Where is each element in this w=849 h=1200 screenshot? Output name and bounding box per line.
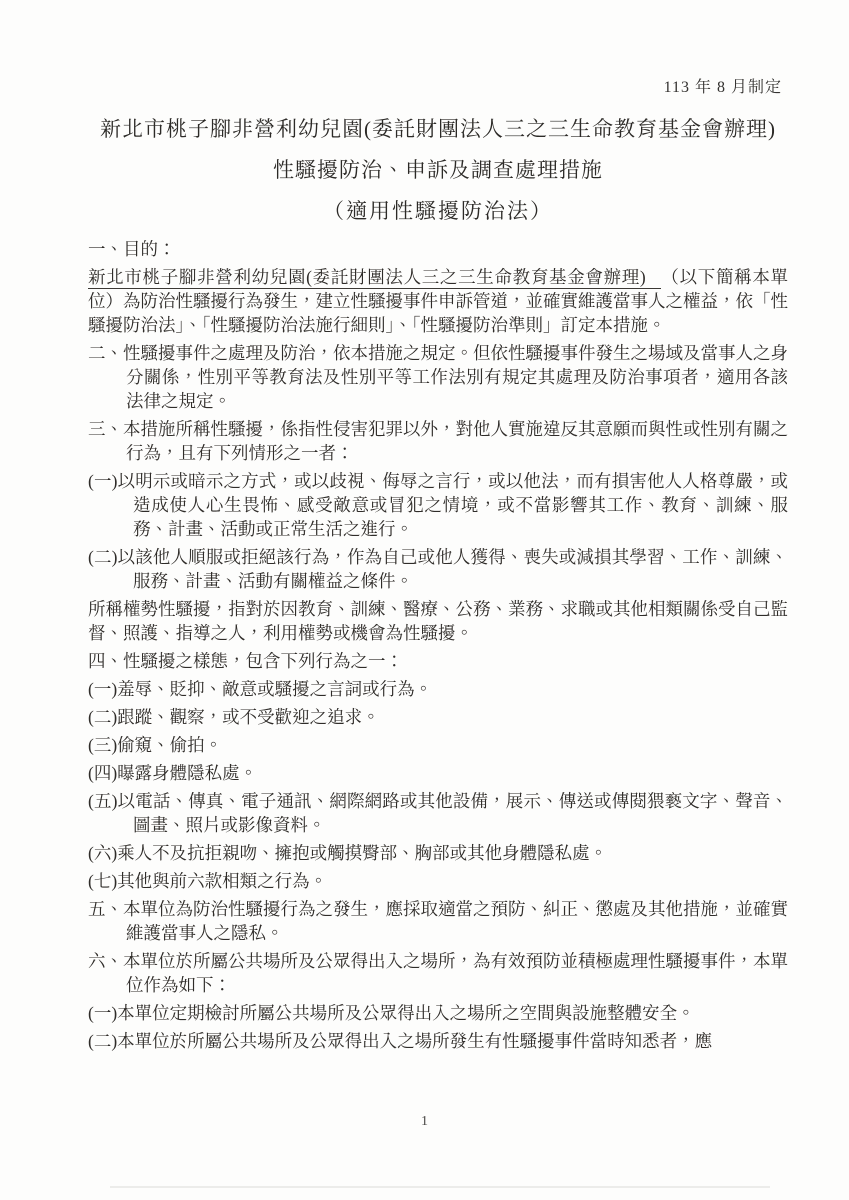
item-number: (三) bbox=[88, 735, 117, 755]
item-number: 一、 bbox=[88, 239, 123, 259]
item-number: (一) bbox=[88, 679, 117, 699]
sec1-purpose-paragraph: 新北市桃子腳非營利幼兒園(委託財團法人三之三生命教育基金會辦理)（以下簡稱本單位… bbox=[88, 265, 788, 337]
sec6-heading: 六、本單位於所屬公共場所及公眾得出入之場所，為有效預防並積極處理性騷擾事件，本單… bbox=[88, 949, 788, 997]
sec2-text: 性騷擾事件之處理及防治，依本措施之規定。但依性騷擾事件發生之場域及當事人之身分關… bbox=[123, 343, 788, 411]
issued-date-note: 113 年 8 月制定 bbox=[88, 74, 782, 97]
sec3-item-1-text: 以明示或暗示之方式，或以歧視、侮辱之言行，或以他法，而有損害他人人格尊嚴，或造成… bbox=[117, 471, 788, 539]
document-content: 113 年 8 月制定 新北市桃子腳非營利幼兒園(委託財團法人三之三生命教育基金… bbox=[88, 0, 788, 1057]
item-number: (四) bbox=[88, 763, 117, 783]
sec4-item-2-text: 跟蹤、觀察，或不受歡迎之追求。 bbox=[117, 707, 380, 727]
sec4-item-4-text: 曝露身體隱私處。 bbox=[117, 763, 257, 783]
sec5-text: 本單位為防治性騷擾行為之發生，應採取適當之預防、糾正、懲處及其他措施，並確實維護… bbox=[123, 899, 788, 943]
sec6-item-2-text: 本單位於所屬公共場所及公眾得出入之場所發生有性騷擾事件當時知悉者，應 bbox=[117, 1031, 712, 1051]
document-page: 113 年 8 月制定 新北市桃子腳非營利幼兒園(委託財團法人三之三生命教育基金… bbox=[0, 0, 849, 1200]
doc-title-main: 性騷擾防治、申訴及調查處理措施 bbox=[88, 154, 788, 184]
sec6-item-2: (二)本單位於所屬公共場所及公眾得出入之場所發生有性騷擾事件當時知悉者，應 bbox=[88, 1029, 788, 1053]
sec4-item-4: (四)曝露身體隱私處。 bbox=[88, 761, 788, 785]
sec5-paragraph: 五、本單位為防治性騷擾行為之發生，應採取適當之預防、糾正、懲處及其他措施，並確實… bbox=[88, 897, 788, 945]
sec4-item-7: (七)其他與前六款相類之行為。 bbox=[88, 869, 788, 893]
item-number: (一) bbox=[88, 471, 117, 491]
sec1-heading-text: 目的： bbox=[123, 239, 176, 259]
sec4-item-1: (一)羞辱、貶抑、敵意或騷擾之言詞或行為。 bbox=[88, 677, 788, 701]
item-number: (二) bbox=[88, 547, 117, 567]
item-number: (六) bbox=[88, 843, 117, 863]
sec6-item-1: (一)本單位定期檢討所屬公共場所及公眾得出入之場所之空間與設施整體安全。 bbox=[88, 1001, 788, 1025]
item-number: 二、 bbox=[88, 343, 123, 363]
page-number: 1 bbox=[0, 1114, 849, 1130]
item-number: (二) bbox=[88, 1031, 117, 1051]
sec3-item-2: (二)以該他人順服或拒絕該行為，作為自己或他人獲得、喪失或減損其學習、工作、訓練… bbox=[88, 545, 788, 593]
sec3-power-harassment-note: 所稱權勢性騷擾，指對於因教育、訓練、醫療、公務、業務、求職或其他相類關係受自己監… bbox=[88, 597, 788, 645]
sec2-paragraph: 二、性騷擾事件之處理及防治，依本措施之規定。但依性騷擾事件發生之場域及當事人之身… bbox=[88, 341, 788, 413]
sec4-item-6: (六)乘人不及抗拒親吻、擁抱或觸摸臀部、胸部或其他身體隱私處。 bbox=[88, 841, 788, 865]
scan-edge-artifact bbox=[110, 1186, 770, 1188]
sec6-heading-text: 本單位於所屬公共場所及公眾得出入之場所，為有效預防並積極處理性騷擾事件，本單位作… bbox=[123, 951, 788, 995]
sec4-item-6-text: 乘人不及抗拒親吻、擁抱或觸摸臀部、胸部或其他身體隱私處。 bbox=[117, 843, 607, 863]
item-number: (二) bbox=[88, 707, 117, 727]
item-number: (七) bbox=[88, 871, 117, 891]
underlined-unit-name: 新北市桃子腳非營利幼兒園(委託財團法人三之三生命教育基金會辦理) bbox=[88, 267, 661, 289]
sec3-text: 本措施所稱性騷擾，係指性侵害犯罪以外，對他人實施違反其意願而與性或性別有關之行為… bbox=[123, 419, 788, 463]
sec4-item-1-text: 羞辱、貶抑、敵意或騷擾之言詞或行為。 bbox=[117, 679, 432, 699]
item-number: 四、 bbox=[88, 651, 123, 671]
sec4-heading-text: 性騷擾之樣態，包含下列行為之一： bbox=[123, 651, 403, 671]
item-number: 六、 bbox=[88, 951, 123, 971]
sec4-item-3-text: 偷窺、偷拍。 bbox=[117, 735, 222, 755]
item-number: (五) bbox=[88, 791, 117, 811]
sec4-item-3: (三)偷窺、偷拍。 bbox=[88, 733, 788, 757]
sec4-heading: 四、性騷擾之樣態，包含下列行為之一： bbox=[88, 649, 788, 673]
sec1-heading: 一、目的： bbox=[88, 237, 788, 261]
doc-title-applicable-law: （適用性騷擾防治法） bbox=[88, 195, 788, 225]
doc-title-organization: 新北市桃子腳非營利幼兒園(委託財團法人三之三生命教育基金會辦理) bbox=[88, 113, 788, 143]
sec4-item-5: (五)以電話、傳真、電子通訊、網際網路或其他設備，展示、傳送或傳閱猥褻文字、聲音… bbox=[88, 789, 788, 837]
sec6-item-1-text: 本單位定期檢討所屬公共場所及公眾得出入之場所之空間與設施整體安全。 bbox=[117, 1003, 695, 1023]
item-number: (一) bbox=[88, 1003, 117, 1023]
sec4-item-5-text: 以電話、傳真、電子通訊、網際網路或其他設備，展示、傳送或傳閱猥褻文字、聲音、圖畫… bbox=[117, 791, 788, 835]
sec3-item-1: (一)以明示或暗示之方式，或以歧視、侮辱之言行，或以他法，而有損害他人人格尊嚴，… bbox=[88, 469, 788, 541]
item-number: 三、 bbox=[88, 419, 123, 439]
sec4-item-2: (二)跟蹤、觀察，或不受歡迎之追求。 bbox=[88, 705, 788, 729]
sec4-item-7-text: 其他與前六款相類之行為。 bbox=[117, 871, 327, 891]
item-number: 五、 bbox=[88, 899, 123, 919]
sec3-paragraph: 三、本措施所稱性騷擾，係指性侵害犯罪以外，對他人實施違反其意願而與性或性別有關之… bbox=[88, 417, 788, 465]
sec3-item-2-text: 以該他人順服或拒絕該行為，作為自己或他人獲得、喪失或減損其學習、工作、訓練、服務… bbox=[117, 547, 788, 591]
